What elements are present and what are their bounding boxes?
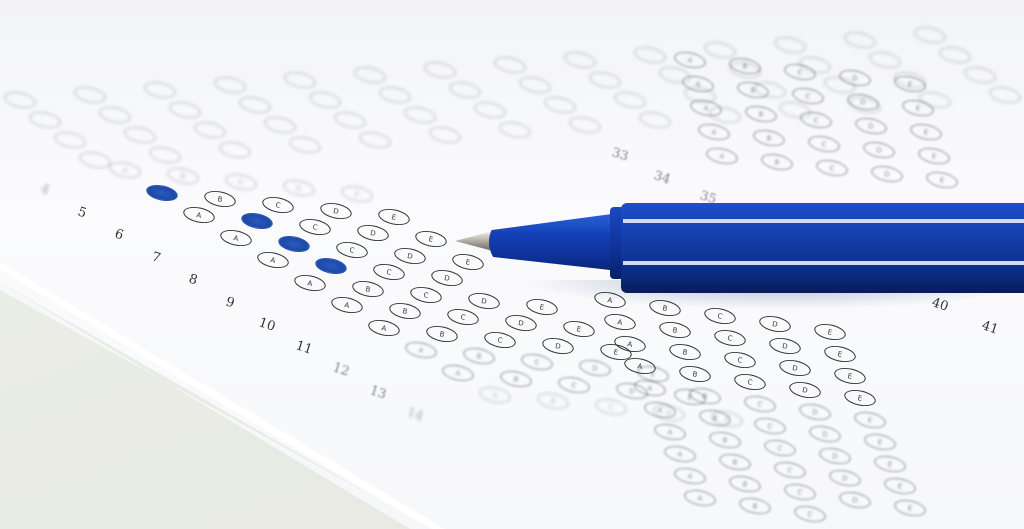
answer-bubble[interactable]: A bbox=[404, 339, 438, 360]
answer-bubble[interactable]: E bbox=[340, 183, 374, 204]
answer-bubble[interactable] bbox=[938, 44, 972, 65]
answer-bubble[interactable]: A bbox=[441, 362, 475, 383]
answer-bubble[interactable]: B bbox=[738, 495, 772, 516]
answer-bubble[interactable] bbox=[143, 79, 177, 100]
answer-bubble[interactable]: D bbox=[854, 115, 888, 136]
answer-bubble[interactable] bbox=[988, 84, 1022, 105]
answer-bubble[interactable]: B bbox=[536, 390, 570, 411]
answer-bubble[interactable]: E bbox=[873, 453, 907, 474]
answer-bubble[interactable]: B bbox=[351, 278, 385, 299]
answer-bubble[interactable]: C bbox=[807, 133, 841, 154]
answer-bubble[interactable]: D bbox=[541, 335, 575, 356]
answer-bubble[interactable] bbox=[543, 94, 577, 115]
answer-bubble[interactable] bbox=[53, 129, 87, 150]
answer-bubble[interactable]: B bbox=[718, 451, 752, 472]
question-number: 33 bbox=[610, 145, 630, 164]
answer-bubble[interactable]: D bbox=[758, 313, 792, 334]
answer-bubble[interactable]: C bbox=[261, 194, 295, 215]
answer-bubble[interactable]: C bbox=[335, 239, 369, 260]
answer-bubble[interactable]: E bbox=[414, 228, 448, 249]
question-number: 8 bbox=[187, 272, 200, 289]
answer-bubble[interactable]: C bbox=[753, 415, 787, 436]
answer-bubble[interactable] bbox=[3, 89, 37, 110]
answer-bubble[interactable]: A bbox=[330, 294, 364, 315]
answer-bubble[interactable] bbox=[358, 129, 392, 150]
question-number: 9 bbox=[224, 294, 237, 311]
answer-bubble[interactable]: B bbox=[240, 210, 274, 231]
answer-bubble[interactable] bbox=[473, 99, 507, 120]
answer-bubble[interactable]: B bbox=[668, 341, 702, 362]
answer-bubble[interactable]: B bbox=[277, 233, 311, 254]
answer-bubble[interactable]: C bbox=[594, 396, 628, 417]
answer-bubble[interactable] bbox=[773, 34, 807, 55]
answer-bubble[interactable] bbox=[588, 69, 622, 90]
answer-bubble[interactable]: B bbox=[388, 300, 422, 321]
question-number: 41 bbox=[980, 318, 1000, 337]
answer-bubble[interactable]: E bbox=[833, 365, 867, 386]
answer-bubble[interactable]: D bbox=[798, 401, 832, 422]
answer-bubble[interactable] bbox=[613, 89, 647, 110]
pen-stripe bbox=[623, 219, 1024, 223]
answer-bubble[interactable]: A bbox=[673, 465, 707, 486]
answer-bubble[interactable] bbox=[518, 74, 552, 95]
answer-bubble[interactable] bbox=[868, 49, 902, 70]
answer-bubble[interactable]: A bbox=[182, 204, 216, 225]
answer-bubble[interactable] bbox=[98, 104, 132, 125]
answer-bubble[interactable]: D bbox=[870, 163, 904, 184]
answer-bubble[interactable] bbox=[308, 89, 342, 110]
pen-barrel bbox=[621, 203, 1024, 293]
answer-bubble[interactable] bbox=[448, 79, 482, 100]
answer-bubble[interactable]: A bbox=[603, 311, 637, 332]
answer-bubble[interactable]: E bbox=[883, 475, 917, 496]
answer-bubble[interactable] bbox=[218, 139, 252, 160]
answer-bubble[interactable]: E bbox=[917, 145, 951, 166]
answer-bubble[interactable]: C bbox=[446, 306, 480, 327]
question-number: 5 bbox=[76, 204, 89, 221]
answer-bubble[interactable]: D bbox=[393, 245, 427, 266]
answer-bubble[interactable] bbox=[78, 149, 112, 170]
answer-bubble[interactable]: E bbox=[823, 343, 857, 364]
answer-bubble[interactable]: D bbox=[818, 445, 852, 466]
question-number: 14 bbox=[405, 405, 425, 424]
answer-bubble[interactable]: C bbox=[713, 327, 747, 348]
answer-bubble[interactable] bbox=[283, 69, 317, 90]
answer-bubble[interactable] bbox=[843, 29, 877, 50]
answer-bubble[interactable]: C bbox=[520, 351, 554, 372]
photo-scene: 4ABCDE5ABCDE6ABCDE7ABCDE8ABCD9ABCDE10ABC… bbox=[0, 0, 1024, 529]
answer-bubble[interactable]: C bbox=[409, 284, 443, 305]
question-number: 10 bbox=[257, 315, 277, 334]
answer-bubble[interactable]: D bbox=[862, 139, 896, 160]
answer-bubble[interactable] bbox=[428, 124, 462, 145]
answer-bubble[interactable]: E bbox=[925, 169, 959, 190]
answer-bubble[interactable]: C bbox=[783, 481, 817, 502]
answer-bubble[interactable]: B bbox=[708, 429, 742, 450]
answer-bubble[interactable]: A bbox=[145, 182, 179, 203]
answer-bubble[interactable]: C bbox=[743, 393, 777, 414]
answer-bubble[interactable]: E bbox=[863, 431, 897, 452]
pen-tip bbox=[455, 231, 493, 251]
answer-bubble[interactable]: B bbox=[166, 165, 200, 186]
answer-bubble[interactable]: A bbox=[705, 145, 739, 166]
answer-bubble[interactable] bbox=[148, 144, 182, 165]
answer-bubble[interactable] bbox=[633, 44, 667, 65]
answer-bubble[interactable]: E bbox=[813, 321, 847, 342]
answer-bubble[interactable] bbox=[193, 119, 227, 140]
answer-bubble[interactable]: D bbox=[828, 467, 862, 488]
answer-bubble[interactable] bbox=[238, 94, 272, 115]
answer-bubble[interactable]: D bbox=[356, 222, 390, 243]
answer-bubble[interactable]: A bbox=[367, 317, 401, 338]
answer-bubble[interactable]: A bbox=[663, 443, 697, 464]
answer-bubble[interactable] bbox=[288, 134, 322, 155]
answer-bubble[interactable] bbox=[913, 24, 947, 45]
answer-bubble[interactable]: B bbox=[752, 127, 786, 148]
answer-bubble[interactable]: D bbox=[578, 357, 612, 378]
answer-bubble[interactable]: C bbox=[723, 349, 757, 370]
pen-stripe bbox=[623, 261, 1024, 265]
answer-bubble[interactable] bbox=[378, 84, 412, 105]
answer-bubble[interactable]: A bbox=[108, 159, 142, 180]
pen-grip bbox=[489, 213, 619, 271]
answer-bubble[interactable] bbox=[123, 124, 157, 145]
answer-bubble[interactable] bbox=[213, 74, 247, 95]
answer-bubble[interactable]: C bbox=[224, 171, 258, 192]
answer-bubble[interactable] bbox=[333, 109, 367, 130]
answer-bubble[interactable] bbox=[353, 64, 387, 85]
answer-bubble[interactable] bbox=[498, 119, 532, 140]
answer-bubble[interactable] bbox=[568, 114, 602, 135]
answer-bubble[interactable] bbox=[423, 59, 457, 80]
answer-bubble[interactable]: C bbox=[799, 109, 833, 130]
answer-bubble[interactable]: A bbox=[256, 249, 290, 270]
answer-bubble[interactable]: A bbox=[683, 487, 717, 508]
answer-bubble[interactable]: D bbox=[788, 379, 822, 400]
answer-bubble[interactable] bbox=[403, 104, 437, 125]
answer-bubble[interactable]: B bbox=[728, 473, 762, 494]
answer-bubble[interactable]: D bbox=[768, 335, 802, 356]
answer-bubble[interactable]: C bbox=[815, 157, 849, 178]
answer-bubble[interactable]: B bbox=[744, 103, 778, 124]
answer-bubble[interactable]: D bbox=[838, 489, 872, 510]
answer-bubble[interactable]: E bbox=[843, 387, 877, 408]
answer-bubble[interactable] bbox=[638, 109, 672, 130]
answer-bubble[interactable]: A bbox=[219, 227, 253, 248]
answer-bubble[interactable]: C bbox=[298, 216, 332, 237]
answer-bubble[interactable]: E bbox=[562, 318, 596, 339]
question-number: 11 bbox=[294, 338, 314, 357]
answer-bubble[interactable]: C bbox=[793, 503, 827, 524]
question-number: 6 bbox=[113, 227, 126, 244]
answer-bubble[interactable]: D bbox=[778, 357, 812, 378]
answer-bubble[interactable]: C bbox=[733, 371, 767, 392]
answer-bubble[interactable]: E bbox=[377, 206, 411, 227]
answer-bubble[interactable]: B bbox=[499, 368, 533, 389]
answer-bubble[interactable] bbox=[703, 39, 737, 60]
answer-bubble[interactable]: D bbox=[282, 177, 316, 198]
answer-bubble[interactable]: C bbox=[372, 261, 406, 282]
answer-bubble[interactable]: C bbox=[763, 437, 797, 458]
answer-bubble[interactable]: D bbox=[504, 312, 538, 333]
answer-bubble[interactable]: A bbox=[697, 121, 731, 142]
answer-bubble[interactable]: D bbox=[319, 200, 353, 221]
question-number: 13 bbox=[368, 383, 388, 402]
question-number: 34 bbox=[652, 168, 672, 187]
question-number: 4 bbox=[39, 182, 52, 199]
answer-bubble[interactable] bbox=[493, 54, 527, 75]
answer-bubble[interactable]: C bbox=[773, 459, 807, 480]
answer-bubble[interactable]: A bbox=[293, 272, 327, 293]
answer-bubble[interactable]: E bbox=[893, 497, 927, 518]
answer-bubble[interactable]: A bbox=[478, 384, 512, 405]
answer-bubble[interactable]: C bbox=[483, 329, 517, 350]
answer-bubble[interactable]: B bbox=[203, 188, 237, 209]
answer-bubble[interactable]: B bbox=[314, 255, 348, 276]
answer-bubble[interactable]: B bbox=[425, 323, 459, 344]
answer-bubble[interactable]: C bbox=[557, 374, 591, 395]
answer-bubble[interactable] bbox=[263, 114, 297, 135]
answer-bubble[interactable] bbox=[563, 49, 597, 70]
answer-bubble[interactable]: E bbox=[853, 409, 887, 430]
answer-bubble[interactable]: A bbox=[653, 421, 687, 442]
answer-bubble[interactable] bbox=[963, 64, 997, 85]
pen bbox=[455, 203, 1024, 298]
answer-bubble[interactable] bbox=[168, 99, 202, 120]
answer-bubble[interactable]: B bbox=[658, 319, 692, 340]
answer-bubble[interactable]: B bbox=[760, 151, 794, 172]
answer-bubble[interactable]: B bbox=[462, 345, 496, 366]
answer-bubble[interactable]: E bbox=[909, 121, 943, 142]
answer-bubble[interactable] bbox=[28, 109, 62, 130]
question-number: 12 bbox=[331, 360, 351, 379]
answer-bubble[interactable] bbox=[73, 84, 107, 105]
question-number: 7 bbox=[150, 249, 163, 266]
answer-bubble[interactable]: B bbox=[678, 363, 712, 384]
answer-bubble[interactable]: D bbox=[808, 423, 842, 444]
